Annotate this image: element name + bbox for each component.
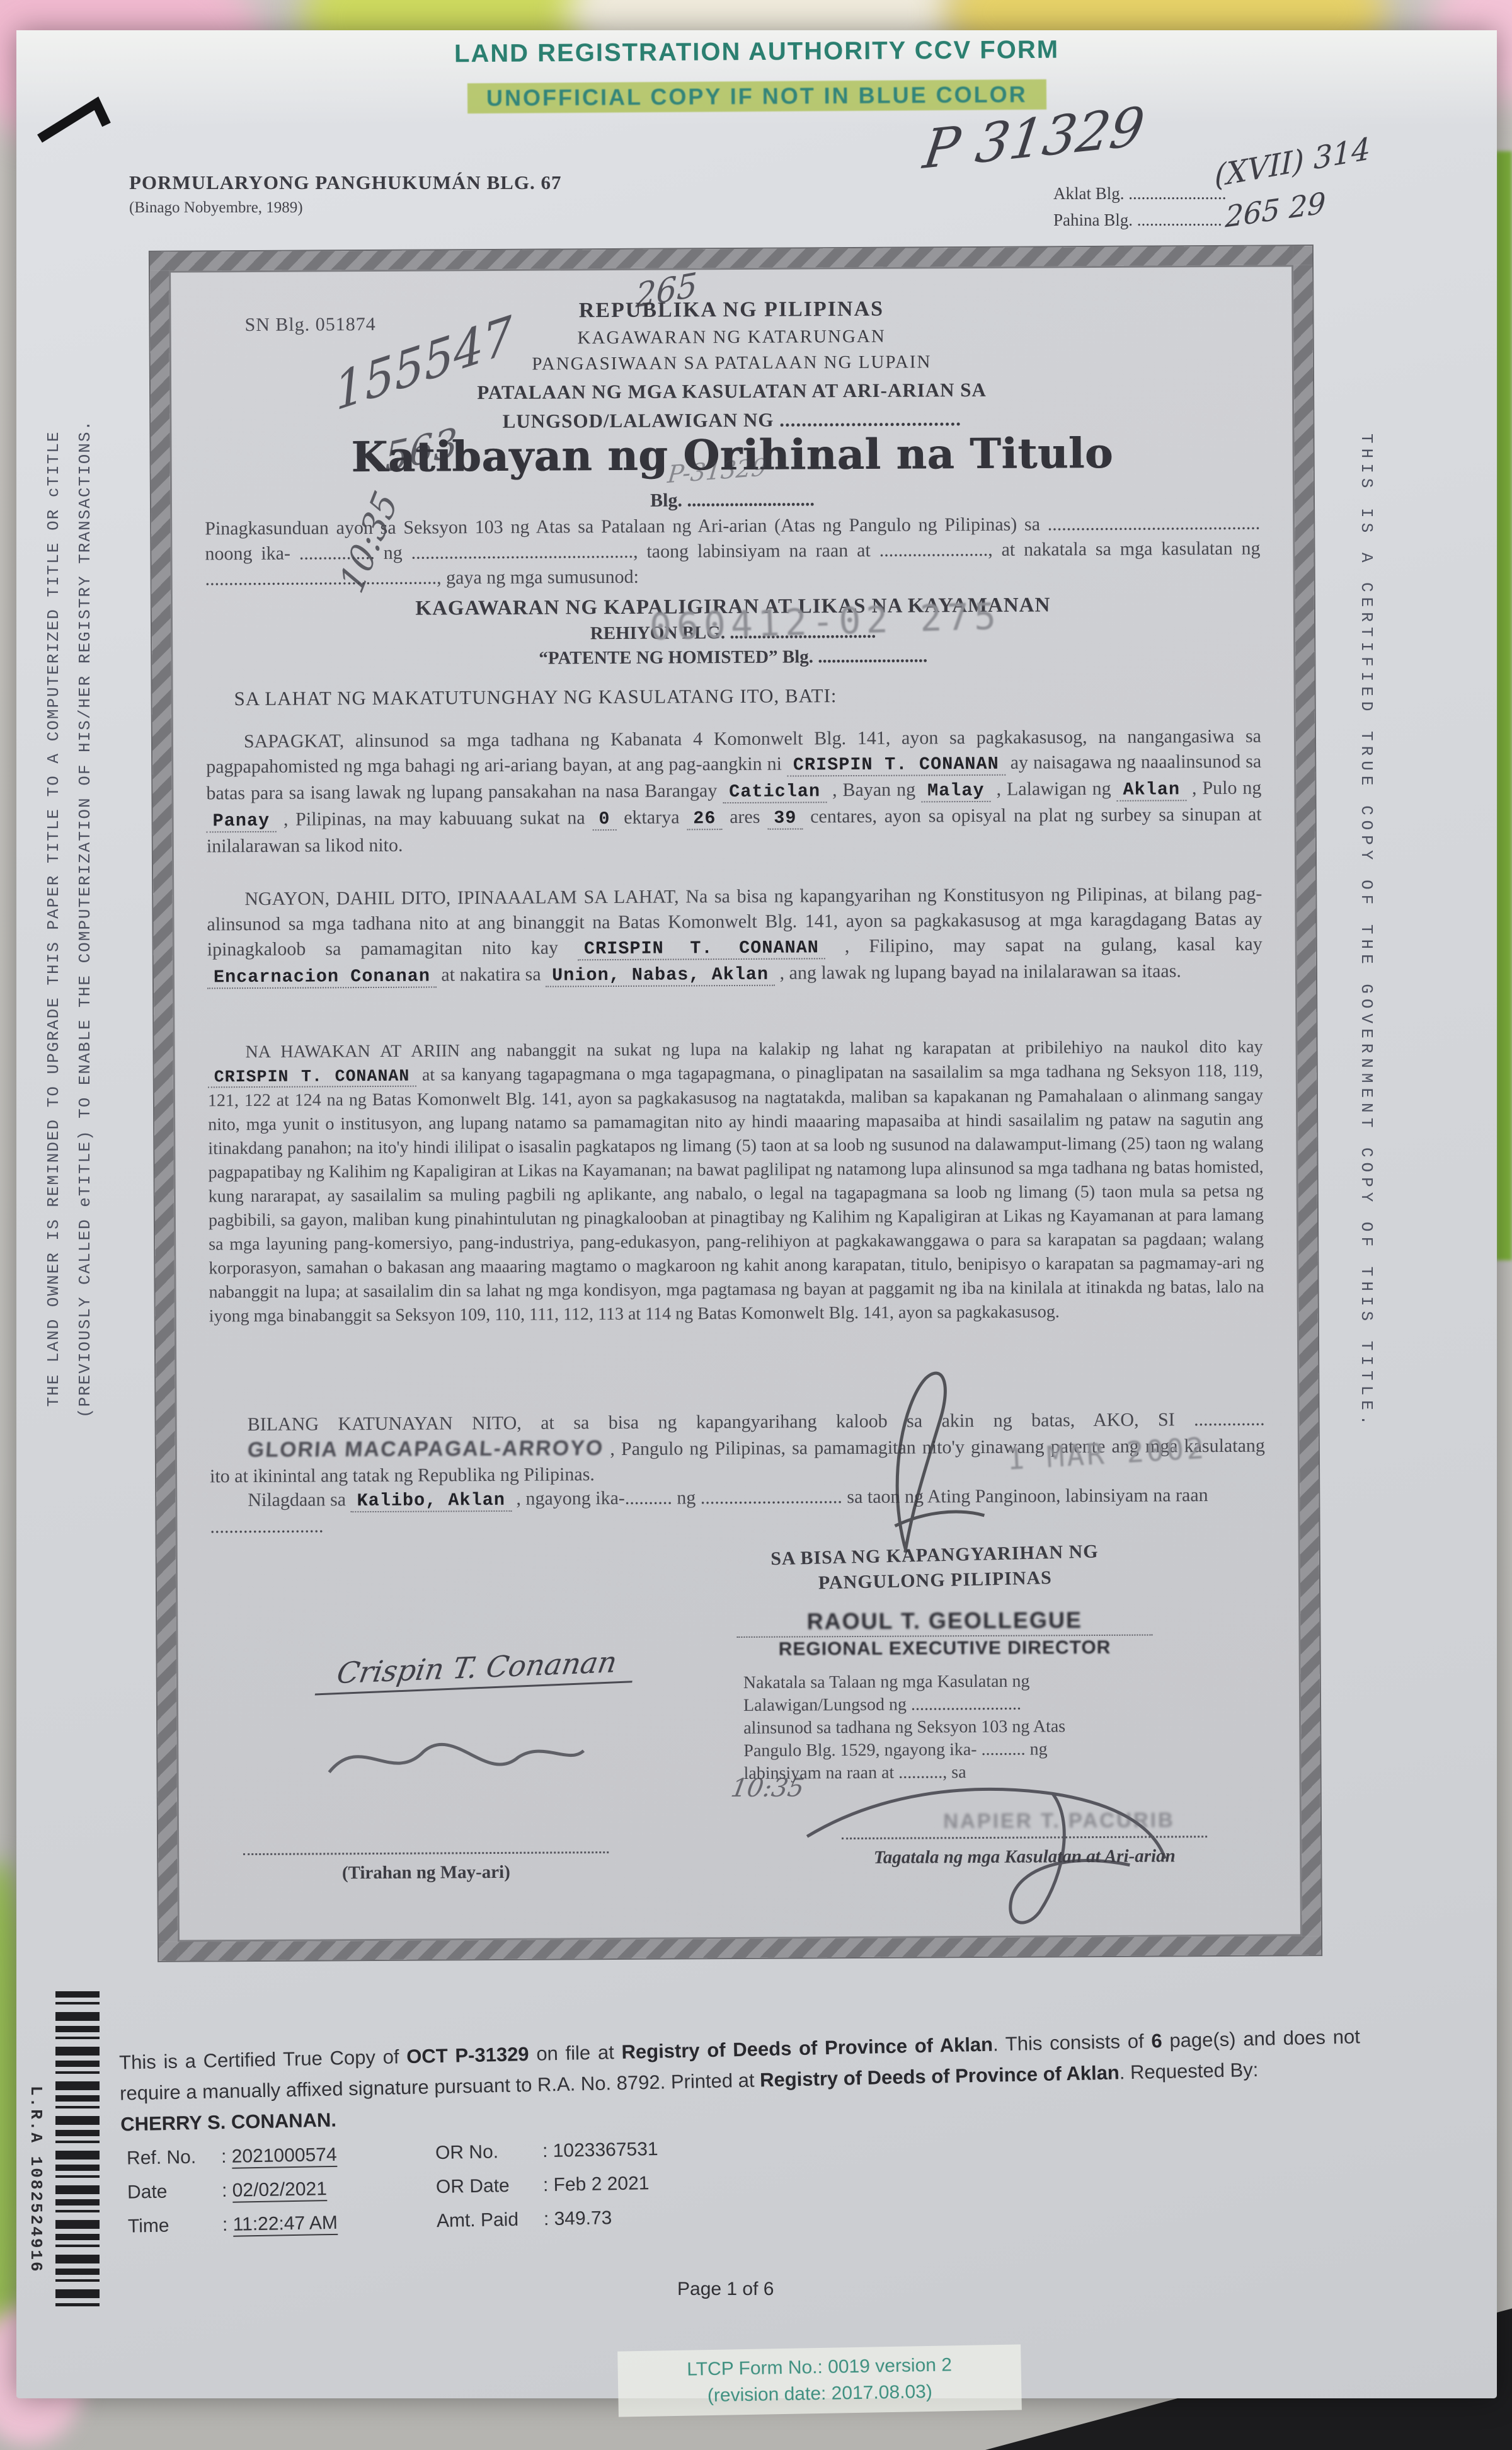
time-label: Time [128,2214,223,2238]
form-footer: LTCP Form No.: 0019 version 2 (revision … [617,2344,1022,2417]
registry-name-1: Registry of Deeds of Province of Aklan [621,2033,993,2063]
registry-name-2: Registry of Deeds of Province of Aklan [760,2061,1120,2091]
scanned-paper: LAND REGISTRATION AUTHORITY CCV FORM UNO… [16,30,1497,2398]
handwritten-pahina-value: 265 29 [1225,185,1326,234]
ngayon-text-d: , ang lawak ng lupang bayad na inilalara… [775,960,1181,983]
ngayon-text-b: , Filipino, may sapat na gulang, kasal k… [825,934,1263,957]
hawakan-text-b: at sa kanyang tagapagmana o mga tagapagm… [208,1061,1264,1326]
president-name-stamp: GLORIA MACAPAGAL-ARROYO [209,1435,605,1463]
certification-text-e: . Requested By: [1119,2059,1258,2084]
left-margin-line1: THE LAND OWNER IS REMINDED TO UPGRADE TH… [38,415,69,1423]
centares-value: 39 [767,807,803,829]
ngayon-paragraph: NGAYON, DAHIL DITO, IPINAAALAM SA LAHAT,… [207,882,1263,991]
island-value: Panay [207,810,277,833]
title-certificate: SN Blg. 051874 155547 563 10:35 265 REPU… [150,246,1321,1961]
left-margin-line2: (PREVIOUSLY CALLED eTITLE) TO ENABLE THE… [69,415,101,1423]
certification-text-a: This is a Certified True Copy of [119,2045,407,2074]
form-revision: (Binago Nobyembre, 1989) [129,199,303,217]
sapagkat-text-d: , Lalawigan ng [990,778,1116,800]
banner-warning: UNOFFICIAL COPY IF NOT IN BLUE COLOR [467,79,1046,113]
nakatala-line3: alinsunod sa tadhana ng Seksyon 103 ng A… [743,1715,1222,1740]
nakatala-line2: Lalawigan/Lungsod ng ...................… [743,1692,1222,1717]
amt-paid-value: 349.73 [544,2205,752,2230]
banner-title: LAND REGISTRATION AUTHORITY CCV FORM [16,33,1497,71]
ref-no-value: 2021000574 [221,2142,436,2168]
page-number: Page 1 of 6 [677,2279,774,2300]
or-no-value: 1023367531 [542,2137,751,2162]
ref-no-label: Ref. No. [127,2146,222,2170]
date-value: 02/02/2021 [222,2177,437,2202]
background-green-right-edge [1496,151,1512,1260]
sapagkat-text-c: , Bayan ng [827,779,921,800]
bilang-text-a: BILANG KATUNAYAN NITO, at sa bisa ng kap… [248,1409,1265,1435]
town-value: Malay [921,780,991,803]
amt-paid-number: 349.73 [554,2207,612,2229]
form-number-title: PORMULARYONG PANGHUKUMÁN BLG. 67 [129,171,561,194]
bureau-line: PANGASIWAAN SA PATALAAN NG LUPAIN [169,350,1294,376]
director-block: RAOUL T. GEOLLEGUE REGIONAL EXECUTIVE DI… [711,1606,1177,1660]
certificate-header: REPUBLIKA NG PILIPINAS KAGAWARAN NG KATA… [169,295,1294,434]
date-label: Date [127,2180,222,2204]
signing-place: Kalibo, Aklan [350,1490,512,1512]
sapagkat-text-e: , Pulo ng [1186,778,1262,799]
or-no-label: OR No. [435,2141,543,2164]
receipt-details: Ref. No. 2021000574 OR No. 1023367531 Da… [127,2137,752,2237]
requester-name: CHERRY S. CONANAN. [120,2108,336,2135]
nilagdaan-text-a: Nilagdaan sa [248,1489,350,1510]
sapagkat-paragraph: SAPAGKAT, alinsunod sa mga tadhana ng Ka… [206,724,1262,860]
sapagkat-text-g: ektarya [616,807,687,828]
sapagkat-text-h: ares [722,807,767,827]
hectares-value: 0 [592,808,616,831]
lra-banner: LAND REGISTRATION AUTHORITY CCV FORM UNO… [16,38,1497,112]
certification-statement: This is a Certified True Copy of OCT P-3… [119,2021,1362,2139]
registrar-name-stamp: NAPIER T. PACURIB [870,1808,1248,1834]
registry-line: PATALAAN NG MGA KASULATAN AT ARI-ARIAN S… [169,377,1294,405]
handwritten-aklat-value: (XVII) 314 [1215,131,1370,194]
page-count: 6 [1151,2030,1162,2052]
barcode-label: L.R.A 1082524916 [26,2086,45,2274]
province-value: Aklan [1116,779,1186,802]
owner-signature: Crispin T. Conanan [315,1644,639,1696]
grantee-name-2: CRISPIN T. CONANAN [578,937,825,960]
department-line: KAGAWARAN NG KATARUNGAN [169,324,1294,350]
spouse-name: Encarnacion Conanan [207,965,437,989]
patent-line: “PATENTE NG HOMISTED” Blg. .............… [171,644,1295,670]
or-date-text: Feb 2 2021 [553,2173,649,2195]
pahina-label: Pahina Blg. .................... [1053,207,1227,233]
nakatala-line1: Nakatala sa Talaan ng mga Kasulatan ng [743,1669,1222,1694]
ngayon-text-c: at nakatira sa [437,964,546,986]
registrar-title-label: Tagatala ng mga Kasulatan at Ari-arian [842,1846,1207,1868]
or-date-label: OR Date [436,2175,544,2198]
book-page-labels: Aklat Blg. ....................... Pahin… [1053,180,1227,233]
time-text: 11:22:47 AM [232,2212,338,2237]
owner-signature-scribble [321,1718,593,1801]
certification-text-c: . This consists of [993,2030,1152,2055]
owner-address-label: (Tirahan ng May-ari) [243,1861,609,1884]
grantee-name: CRISPIN T. CONANAN [787,754,1005,777]
pen-mark [35,93,142,163]
or-no-number: 1023367531 [553,2139,658,2161]
oct-number: OCT P-31329 [406,2043,529,2068]
ares-value: 26 [687,808,722,830]
grantee-name-3: CRISPIN T. CONANAN [208,1067,416,1088]
blg-line: Blg. ........................... [170,486,1295,514]
hawakan-paragraph: NA HAWAKAN AT ARIIN ang nabanggit na suk… [207,1035,1264,1329]
nilagdaan-paragraph: Nilagdaan sa Kalibo, Aklan , ngayong ika… [210,1483,1265,1540]
photo-of-document: LAND REGISTRATION AUTHORITY CCV FORM UNO… [0,0,1512,2450]
president-signature [811,1363,1001,1566]
ref-no-number: 2021000574 [231,2144,336,2169]
salutation: SA LAHAT NG MAKATUTUNGHAY NG KASULATANG … [234,684,837,710]
amt-paid-label: Amt. Paid [437,2209,544,2232]
intro-paragraph: Pinagkasunduan ayon sa Seksyon 103 ng At… [205,511,1261,592]
left-margin-notice: THE LAND OWNER IS REMINDED TO UPGRADE TH… [38,415,101,1423]
certification-text-b: on file at [529,2041,622,2065]
republic-line: REPUBLIKA NG PILIPINAS [169,295,1293,325]
barangay-value: Caticlan [723,781,827,803]
barcode [55,1991,100,2306]
date-text: 02/02/2021 [232,2178,327,2203]
right-margin-notice: THIS IS A CERTIFIED TRUE COPY OF THE GOV… [1357,434,1376,1391]
aklat-label: Aklat Blg. ....................... [1053,180,1227,207]
residence-value: Union, Nabas, Aklan [546,964,775,987]
hawakan-text-a: NA HAWAKAN AT ARIIN ang nabanggit na suk… [245,1037,1263,1062]
director-title-stamp: REGIONAL EXECUTIVE DIRECTOR [711,1636,1177,1660]
owner-address-line [243,1851,609,1855]
sapagkat-text-f: , Pilipinas, na may kabuuang sukat na [276,807,592,830]
director-name-stamp: RAOUL T. GEOLLEGUE [711,1606,1177,1635]
or-date-value: Feb 2 2021 [543,2171,752,2196]
time-value: 11:22:47 AM [222,2211,437,2236]
